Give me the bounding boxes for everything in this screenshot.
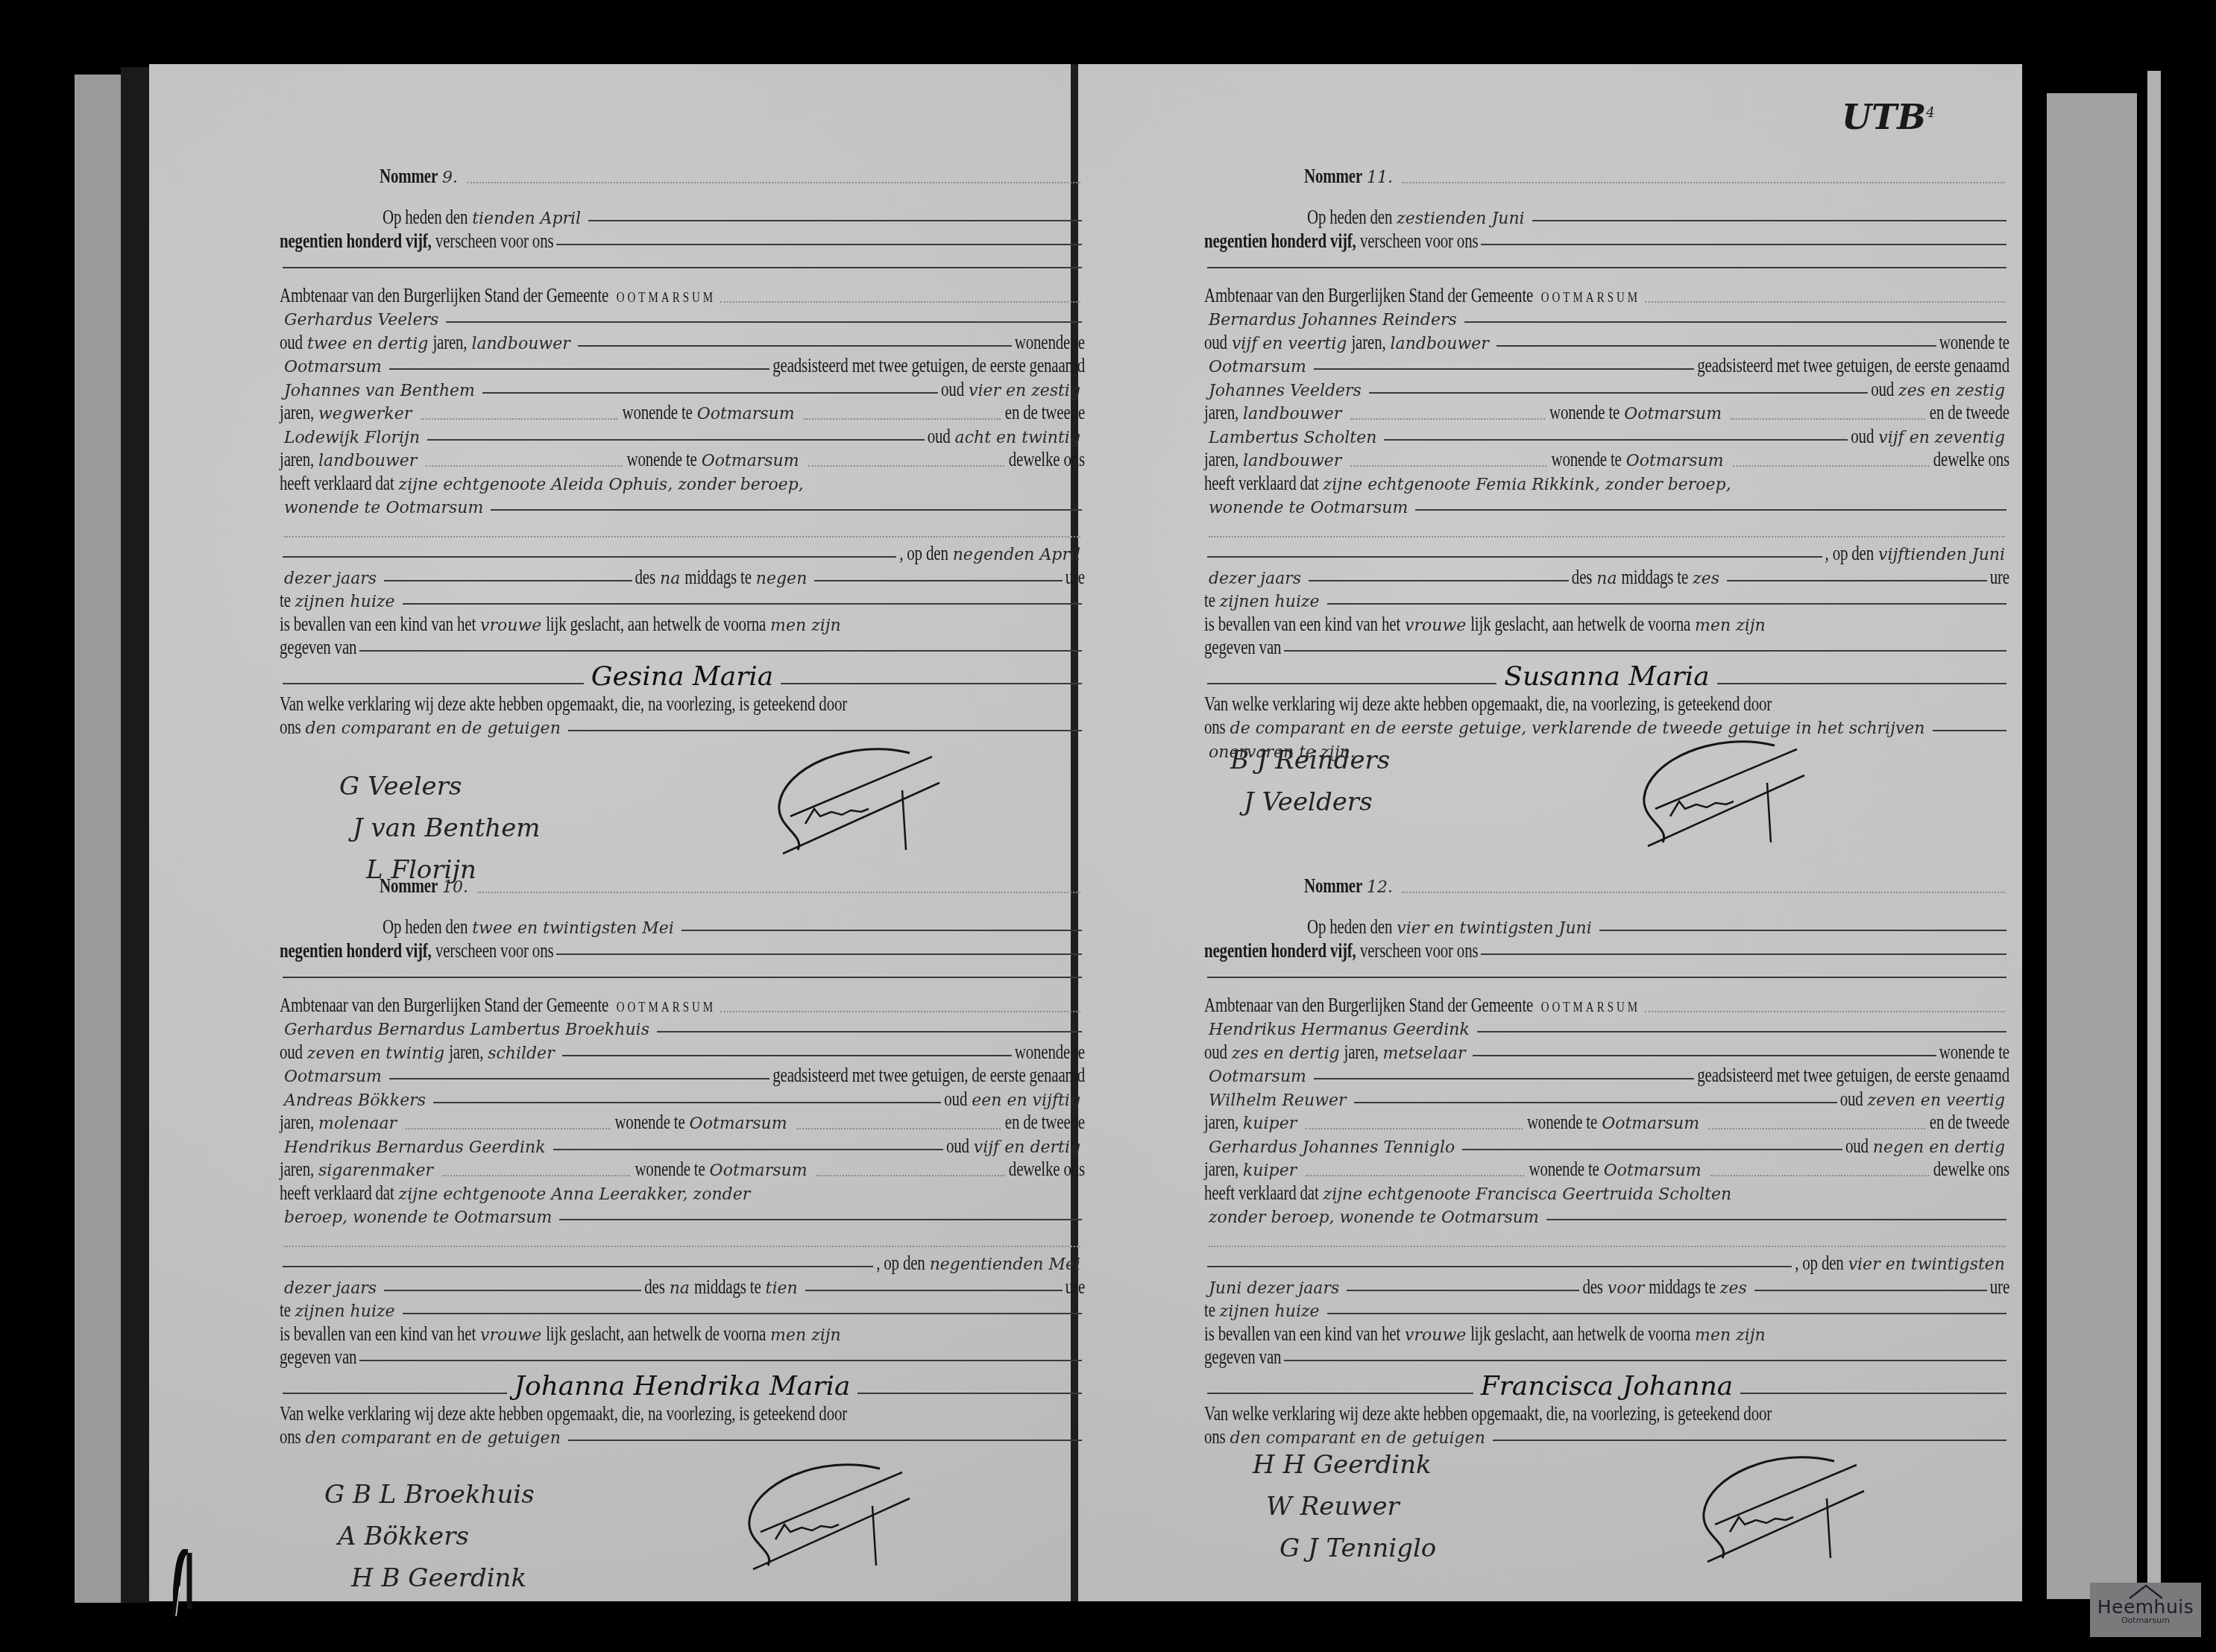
hw-father: Hendrikus Hermanus Geerdink (1209, 1022, 1470, 1038)
official-signature-mark (1625, 738, 1819, 850)
registration-date-line: Op heden dentwee en twintigsten Mei (332, 914, 1085, 938)
hw-father-occupation: schilder (488, 1046, 554, 1062)
printed-verscheen: verscheen voor ons (435, 941, 554, 960)
printed-heeft-verklaard: heeft verklaard dat (1204, 1183, 1319, 1202)
hw-declaration-2: wonende te Ootmarsum (1209, 500, 1408, 517)
father-residence-line: Ootmarsumgeadsisteerd met twee getuigen,… (280, 1062, 1085, 1086)
hw-signed-by: den comparant en de getuigen (1230, 1431, 1485, 1447)
witness1-details-line: jaren,landbouwerwonende teOotmarsumen de… (1204, 400, 2009, 423)
birth-time-line: Juni dezer jaarsdesvoormiddags tezesure (1204, 1273, 2009, 1297)
declaration-line: heeft verklaard datzijne echtgenoote Fem… (1204, 470, 2009, 494)
hw-witness1-age: vier en zestig (969, 383, 1080, 400)
folio-mark: UTB4 (1842, 97, 1935, 137)
official-line: Ambtenaar van den Burgerlijken Stand der… (280, 991, 1085, 1015)
printed-op-den: , op den (876, 1254, 925, 1273)
printed-ambtenaar: Ambtenaar van den Burgerlijken Stand der… (1204, 995, 1533, 1015)
printed-ambtenaar: Ambtenaar van den Burgerlijken Stand der… (280, 995, 608, 1015)
closing-line: Van welke verklaring wij deze akte hebbe… (280, 690, 1085, 714)
printed-jaren-comma: jaren, (432, 332, 467, 352)
hw-child-name: Gesina Maria (591, 663, 774, 690)
closing-line: Van welke verklaring wij deze akte hebbe… (280, 1400, 1085, 1424)
signature: G J Tenniglo (1279, 1533, 1436, 1563)
hw-witness2-age: vijf en dertig (974, 1140, 1080, 1156)
printed-te: te (1204, 591, 1215, 611)
hw-witness2-age: vijf en zeventig (1878, 430, 2005, 447)
year-line: negentien honderd vijf, verscheen voor o… (1204, 227, 2009, 251)
signature: G B L Broekhuis (324, 1480, 535, 1510)
printed-heeft-verklaard: heeft verklaard dat (280, 473, 394, 493)
hw-birth-date: negentienden Mei (930, 1257, 1080, 1273)
printed-middags-te: middags te (1649, 1277, 1716, 1296)
father-age-line: oudvijf en veertigjaren,landbouwerwonend… (1204, 329, 2009, 353)
given-names-label-line: gegeven van (280, 634, 1085, 658)
registrar-signature (761, 745, 954, 857)
hw-witness1-residence: Ootmarsum (1602, 1116, 1699, 1132)
printed-oud: oud (1204, 332, 1227, 352)
page-clip-icon (173, 1549, 192, 1620)
hw-birth-date: vier en twintigsten (1848, 1257, 2005, 1273)
registrar-signature (1625, 738, 1819, 850)
official-line: Ambtenaar van den Burgerlijken Stand der… (1204, 991, 2009, 1015)
witness1-details-line: jaren,molenaarwonende teOotmarsumen de t… (280, 1109, 1085, 1133)
signature: J Veelders (1244, 787, 1390, 817)
witness2-line: Lambertus Scholtenoudvijf en zeventig (1204, 423, 2009, 447)
printed-dewelke-ons: dewelke ons (1009, 1160, 1085, 1179)
year-line: negentien honderd vijf, verscheen voor o… (280, 937, 1085, 961)
printed-wonende-te: wonende te (1527, 1113, 1597, 1132)
heemhuis-watermark-logo: Heemhuis Ootmarsum (2090, 1583, 2201, 1637)
printed-year-bold: negentien honderd vijf, (280, 941, 432, 960)
printed-year-bold: negentien honderd vijf, (280, 231, 432, 250)
hw-number: 12. (1367, 880, 1393, 896)
birth-date-line: , op denvijftienden Juni (1204, 540, 2009, 564)
signature: J van Benthem (353, 813, 541, 843)
hw-father-occupation: landbouwer (471, 336, 570, 353)
hw-witness2: Lambertus Scholten (1209, 430, 1376, 447)
declaration-line-2: wonende te Ootmarsum (280, 494, 1085, 517)
official-line: Ambtenaar van den Burgerlijken Stand der… (280, 282, 1085, 306)
hw-registration-date: vier en twintigsten Juni (1397, 921, 1592, 937)
printed-oud: oud (1845, 1136, 1869, 1156)
hw-witness2-occupation: kuiper (1243, 1163, 1297, 1179)
printed-is-bevallen: is bevallen van een kind van het (1204, 614, 1400, 634)
hw-witness2-age: negen en dertig (1873, 1140, 2005, 1156)
party-signatures: H H GeerdinkW ReuwerG J Tenniglo (1253, 1450, 1436, 1575)
hw-place: zijnen huize (1220, 1304, 1320, 1320)
hw-voorna-suffix: men zijn (770, 1328, 841, 1344)
printed-jaren-comma: jaren, (1344, 1042, 1379, 1062)
printed-op-heden-den: Op heden den (1307, 918, 1392, 937)
hw-witness1-residence: Ootmarsum (1624, 406, 1722, 423)
registrar-signature (1685, 1454, 1879, 1566)
hw-witness2-occupation: landbouwer (1243, 453, 1341, 470)
declaration-line: heeft verklaard datzijne echtgenoote Ann… (280, 1179, 1085, 1203)
hw-sex: vrouwe (1405, 618, 1466, 634)
hw-birth-hour: zes (1693, 571, 1719, 587)
birth-place-line: tezijnen huize (280, 587, 1085, 611)
struck-blank-line (280, 1226, 1085, 1250)
printed-oud: oud (928, 426, 951, 446)
hw-father-residence: Ootmarsum (1209, 359, 1306, 376)
official-signature-mark (731, 1461, 925, 1573)
child-name-line: Susanna Maria (1204, 658, 2009, 690)
printed-lijk-geslacht: lijk geslacht, aan hetwelk de voorna (546, 1324, 766, 1343)
hw-father-occupation: landbouwer (1391, 336, 1489, 353)
witness2-line: Hendrikus Bernardus Geerdinkoudvijf en d… (280, 1132, 1085, 1156)
printed-en-de-tweede: en de tweede (1930, 1113, 2009, 1132)
hw-sex: vrouwe (480, 1328, 541, 1344)
hw-registration-date: zestienden Juni (1397, 211, 1524, 227)
printed-ure: ure (1065, 1277, 1085, 1296)
printed-middags-te: middags te (694, 1277, 761, 1296)
signed-by-line: onsden comparant en de getuigen (280, 1424, 1085, 1448)
birth-time-line: dezer jaarsdesnamiddags tezesure (1204, 564, 2009, 587)
printed-ons: ons (1204, 1428, 1226, 1447)
printed-is-bevallen: is bevallen van een kind van het (1204, 1324, 1400, 1343)
sex-line: is bevallen van een kind van hetvrouweli… (1204, 611, 2009, 634)
printed-te: te (280, 1301, 291, 1320)
birth-place-line: tezijnen huize (280, 1297, 1085, 1321)
hw-signed-by: de comparant en de eerste getuige, verkl… (1230, 721, 1925, 737)
printed-op-den: , op den (1795, 1254, 1843, 1273)
hw-signed-by: den comparant en de getuigen (306, 1431, 561, 1447)
hw-witness1: Johannes van Benthem (284, 383, 475, 400)
printed-verscheen: verscheen voor ons (435, 231, 554, 250)
printed-op-den: , op den (1825, 544, 1874, 564)
printed-wonende-te: wonende te (1551, 450, 1621, 470)
hw-birth-year: dezer jaars (1209, 571, 1301, 587)
birth-record-9: Nommer9. Op heden dentienden April negen… (332, 163, 1085, 761)
hw-witness1-residence: Ootmarsum (697, 406, 795, 423)
signature: A Bökkers (338, 1522, 535, 1551)
signed-by-line-2 (280, 1447, 1085, 1471)
hw-father: Bernardus Johannes Reinders (1209, 312, 1457, 329)
printed-gegeven-van: gegeven van (280, 638, 356, 658)
hw-declaration-1: zijne echtgenoote Femia Rikkink, zonder … (1323, 477, 1731, 494)
signed-by-line-2 (280, 737, 1085, 761)
sex-line: is bevallen van een kind van hetvrouweli… (1204, 1320, 2009, 1344)
printed-jaren: jaren, (1204, 1113, 1238, 1132)
sex-line: is bevallen van een kind van hetvrouweli… (280, 1320, 1085, 1344)
sex-line: is bevallen van een kind van hetvrouweli… (280, 611, 1085, 634)
official-line: Ambtenaar van den Burgerlijken Stand der… (1204, 282, 2009, 306)
hw-witness2-residence: Ootmarsum (710, 1163, 808, 1179)
child-name-line: Johanna Hendrika Maria (280, 1367, 1085, 1400)
birth-date-line: , op dennegentienden Mei (280, 1250, 1085, 1274)
hw-witness2-residence: Ootmarsum (702, 453, 799, 470)
hw-father-age: vijf en veertig (1232, 336, 1347, 353)
hw-witness1-occupation: kuiper (1243, 1116, 1297, 1132)
father-residence-line: Ootmarsumgeadsisteerd met twee getuigen,… (1204, 1062, 2009, 1086)
declaration-line-2: zonder beroep, wonende te Ootmarsum (1204, 1203, 2009, 1227)
printed-gegeven-van: gegeven van (280, 1348, 356, 1367)
declaration-line: heeft verklaard datzijne echtgenoote Fra… (1204, 1179, 2009, 1203)
printed-des: des (644, 1277, 664, 1296)
printed-jaren: jaren, (1204, 403, 1238, 423)
year-line: negentien honderd vijf, verscheen voor o… (1204, 937, 2009, 961)
hw-birth-year: dezer jaars (284, 571, 377, 587)
declaration-line-2: wonende te Ootmarsum (1204, 494, 2009, 517)
birth-place-line: tezijnen huize (1204, 587, 2009, 611)
hw-father: Gerhardus Veelers (284, 312, 438, 329)
printed-jaren-comma: jaren, (449, 1042, 483, 1062)
given-names-label-line: gegeven van (1204, 1344, 2009, 1368)
signed-by-line: onsden comparant en de getuigen (280, 714, 1085, 738)
printed-oud: oud (941, 379, 964, 399)
printed-oud: oud (1851, 426, 1874, 446)
printed-van-welke: Van welke verklaring wij deze akte hebbe… (1204, 694, 1772, 713)
printed-jaren: jaren, (1204, 450, 1238, 470)
printed-van-welke: Van welke verklaring wij deze akte hebbe… (1204, 1404, 1772, 1423)
father-residence-line: Ootmarsumgeadsisteerd met twee getuigen,… (280, 353, 1085, 376)
printed-wonende-te: wonende te (1529, 1160, 1599, 1179)
birth-record-10: Nommer10. Op heden dentwee en twintigste… (332, 872, 1085, 1471)
father-age-line: oudzes en dertigjaren,metselaarwonende t… (1204, 1038, 2009, 1062)
hw-time-of-day: na (670, 1281, 690, 1297)
printed-lijk-geslacht: lijk geslacht, aan hetwelk de voorna (1470, 614, 1690, 634)
hw-father: Gerhardus Bernardus Lambertus Broekhuis (284, 1022, 649, 1038)
printed-ure: ure (1065, 567, 1085, 587)
witness2-details-line: jaren,landbouwerwonende teOotmarsumdewel… (1204, 447, 2009, 470)
witness2-line: Lodewijk Florijnoudacht en twintig (280, 423, 1085, 447)
printed-ambtenaar: Ambtenaar van den Burgerlijken Stand der… (280, 286, 608, 305)
registration-date-line: Op heden denvier en twintigsten Juni (1256, 914, 2009, 938)
printed-gegeven-van: gegeven van (1204, 638, 1281, 658)
printed-wonende-te: wonende te (626, 450, 696, 470)
struck-blank-line (1204, 517, 2009, 540)
signature: H H Geerdink (1253, 1450, 1436, 1480)
printed-wonende-te: wonende te (1939, 1042, 2009, 1062)
hw-father-age: zeven en twintig (307, 1046, 444, 1062)
hw-father-residence: Ootmarsum (284, 1069, 382, 1085)
hw-witness2-occupation: sigarenmaker (318, 1163, 433, 1179)
declaration-line-2: beroep, wonende te Ootmarsum (280, 1203, 1085, 1227)
witness1-details-line: jaren,wegwerkerwonende teOotmarsumen de … (280, 400, 1085, 423)
registration-date-line: Op heden dentienden April (332, 204, 1085, 228)
printed-nommer: Nommer (380, 166, 438, 186)
party-signatures: G B L BroekhuisA BökkersH B Geerdink (324, 1480, 535, 1605)
printed-middags-te: middags te (1622, 567, 1689, 587)
signed-by-line: onsden comparant en de getuigen (1204, 1424, 2009, 1448)
hw-declaration-1: zijne echtgenoote Francisca Geertruida S… (1323, 1187, 1732, 1203)
blank-line (1204, 251, 2009, 275)
witness1-details-line: jaren,kuiperwonende teOotmarsumen de twe… (1204, 1109, 2009, 1133)
printed-middags-te: middags te (684, 567, 752, 587)
hw-witness1-occupation: landbouwer (1243, 406, 1341, 423)
witness2-details-line: jaren,landbouwerwonende teOotmarsumdewel… (280, 447, 1085, 470)
birth-time-line: dezer jaarsdesnamiddags tetienure (280, 1273, 1085, 1297)
municipality-name: OOTMARSUM (1541, 291, 1641, 306)
printed-oud: oud (944, 1089, 967, 1109)
signature: G Veelers (339, 772, 541, 801)
record-number-line: Nommer9. (332, 163, 1085, 186)
printed-op-heden-den: Op heden den (383, 208, 468, 227)
witness1-line: Johannes van Benthemoudvier en zestig (280, 376, 1085, 400)
hw-declaration-1: zijne echtgenoote Anna Leerakker, zonder (399, 1187, 751, 1203)
printed-des: des (1582, 1277, 1602, 1296)
signature: H B Geerdink (351, 1563, 535, 1593)
printed-lijk-geslacht: lijk geslacht, aan hetwelk de voorna (546, 614, 766, 634)
given-names-label-line: gegeven van (1204, 634, 2009, 658)
printed-te: te (280, 591, 291, 611)
printed-jaren: jaren, (280, 403, 314, 423)
hw-declaration-2: beroep, wonende te Ootmarsum (284, 1210, 552, 1226)
printed-year-bold: negentien honderd vijf, (1204, 941, 1356, 960)
printed-ure: ure (1990, 1277, 2009, 1296)
printed-heeft-verklaard: heeft verklaard dat (1204, 473, 1319, 493)
printed-oud: oud (946, 1136, 969, 1156)
hw-time-of-day: voor (1608, 1281, 1644, 1297)
signature: W Reuwer (1266, 1492, 1436, 1522)
printed-ons: ons (280, 718, 301, 737)
watermark-name: Heemhuis (2090, 1599, 2201, 1615)
printed-ure: ure (1990, 567, 2009, 587)
municipality-name: OOTMARSUM (617, 1001, 717, 1015)
hw-witness1-age: zeven en veertig (1868, 1093, 2005, 1109)
printed-dewelke-ons: dewelke ons (1933, 450, 2009, 470)
hw-child-name: Susanna Maria (1504, 663, 1710, 690)
municipality-name: OOTMARSUM (617, 291, 717, 306)
printed-geadsisteerd: geadsisteerd met twee getuigen, de eerst… (772, 356, 1085, 376)
struck-blank-line (1204, 1226, 2009, 1250)
official-signature-mark (1685, 1454, 1879, 1566)
printed-oud: oud (280, 332, 303, 352)
hw-witness2-residence: Ootmarsum (1604, 1163, 1702, 1179)
hw-number: 11. (1367, 170, 1393, 186)
printed-nommer: Nommer (1304, 166, 1362, 186)
hw-witness1: Johannes Veelders (1209, 383, 1362, 400)
closing-line: Van welke verklaring wij deze akte hebbe… (1204, 690, 2009, 714)
registration-date-line: Op heden denzestienden Juni (1256, 204, 2009, 228)
hw-child-name: Johanna Hendrika Maria (514, 1373, 851, 1400)
hw-declaration-1: zijne echtgenoote Aleida Ophuis, zonder … (399, 477, 804, 494)
printed-wonende-te: wonende te (1939, 332, 2009, 352)
record-number-line: Nommer12. (1256, 872, 2009, 896)
hw-witness2: Hendrikus Bernardus Geerdink (284, 1140, 546, 1156)
hw-birth-year: Juni dezer jaars (1209, 1281, 1339, 1297)
father-age-line: oudzeven en twintigjaren,schilderwonende… (280, 1038, 1085, 1062)
witness1-line: Johannes Veeldersoudzes en zestig (1204, 376, 2009, 400)
printed-oud: oud (1204, 1042, 1227, 1062)
given-names-label-line: gegeven van (280, 1344, 1085, 1368)
witness2-line: Gerhardus Johannes Tenniglooudnegen en d… (1204, 1132, 2009, 1156)
printed-heeft-verklaard: heeft verklaard dat (280, 1183, 394, 1202)
printed-des: des (635, 567, 655, 587)
printed-van-welke: Van welke verklaring wij deze akte hebbe… (280, 1404, 847, 1423)
hw-voorna-suffix: men zijn (770, 618, 841, 634)
hw-number: 9. (442, 170, 458, 186)
hw-witness1-age: een en vijftig (972, 1093, 1080, 1109)
hw-sex: vrouwe (1405, 1328, 1466, 1344)
struck-blank-line (280, 517, 1085, 540)
printed-verscheen: verscheen voor ons (1360, 231, 1479, 250)
adjacent-page-edge-left (75, 75, 121, 1603)
printed-geadsisteerd: geadsisteerd met twee getuigen, de eerst… (1697, 356, 2009, 376)
hw-witness1: Wilhelm Reuwer (1209, 1093, 1347, 1109)
birth-place-line: tezijnen huize (1204, 1297, 2009, 1321)
hw-father-residence: Ootmarsum (284, 359, 382, 376)
printed-dewelke-ons: dewelke ons (1009, 450, 1085, 470)
witness1-line: Wilhelm Reuweroudzeven en veertig (1204, 1085, 2009, 1109)
hw-declaration-2: wonende te Ootmarsum (284, 500, 483, 517)
hw-witness2-age: acht en twintig (955, 430, 1080, 447)
hw-witness1-occupation: wegwerker (318, 406, 412, 423)
printed-jaren: jaren, (280, 1113, 314, 1132)
hw-father-age: zes en dertig (1232, 1046, 1340, 1062)
hw-time-of-day: na (1596, 571, 1617, 587)
declaration-line: heeft verklaard datzijne echtgenoote Ale… (280, 470, 1085, 494)
birth-record-11: Nommer11. Op heden denzestienden Juni ne… (1256, 163, 2009, 761)
printed-op-heden-den: Op heden den (1307, 208, 1392, 227)
hw-time-of-day: na (660, 571, 680, 587)
hw-birth-year: dezer jaars (284, 1281, 377, 1297)
year-line: negentien honderd vijf, verscheen voor o… (280, 227, 1085, 251)
witness2-details-line: jaren,sigarenmakerwonende teOotmarsumdew… (280, 1156, 1085, 1180)
printed-jaren: jaren, (280, 450, 314, 470)
hw-voorna-suffix: men zijn (1695, 618, 1766, 634)
blank-line (280, 961, 1085, 985)
record-number-line: Nommer11. (1256, 163, 2009, 186)
hw-witness1: Andreas Bökkers (284, 1093, 426, 1109)
printed-nommer: Nommer (380, 876, 438, 895)
hw-witness2-residence: Ootmarsum (1626, 453, 1724, 470)
printed-gegeven-van: gegeven van (1204, 1348, 1281, 1367)
birth-date-line: , op denvier en twintigsten (1204, 1250, 2009, 1274)
blank-line (1204, 961, 2009, 985)
hw-birth-hour: tien (766, 1281, 798, 1297)
printed-year-bold: negentien honderd vijf, (1204, 231, 1356, 250)
printed-wonende-te: wonende te (635, 1160, 705, 1179)
printed-oud: oud (1871, 379, 1894, 399)
printed-verscheen: verscheen voor ons (1360, 941, 1479, 960)
hw-witness1-age: zes en zestig (1898, 383, 2005, 400)
birth-time-line: dezer jaarsdesnamiddags tenegenure (280, 564, 1085, 587)
printed-is-bevallen: is bevallen van een kind van het (280, 1324, 476, 1343)
hw-number: 10. (442, 880, 468, 896)
record-number-line: Nommer10. (332, 872, 1085, 896)
father-name-line: Hendrikus Hermanus Geerdink (1204, 1015, 2009, 1039)
hw-place: zijnen huize (1220, 594, 1320, 611)
father-name-line: Bernardus Johannes Reinders (1204, 306, 2009, 330)
hw-witness2: Gerhardus Johannes Tenniglo (1209, 1140, 1455, 1156)
printed-van-welke: Van welke verklaring wij deze akte hebbe… (280, 694, 847, 713)
printed-en-de-tweede: en de tweede (1005, 1113, 1085, 1132)
hw-voorna-suffix: men zijn (1695, 1328, 1766, 1344)
printed-jaren: jaren, (280, 1160, 314, 1179)
printed-geadsisteerd: geadsisteerd met twee getuigen, de eerst… (1697, 1066, 2009, 1085)
printed-te: te (1204, 1301, 1215, 1320)
birth-date-line: , op dennegenden April (280, 540, 1085, 564)
printed-geadsisteerd: geadsisteerd met twee getuigen, de eerst… (772, 1066, 1085, 1085)
printed-dewelke-ons: dewelke ons (1933, 1160, 2009, 1179)
printed-wonende-te: wonende te (614, 1113, 684, 1132)
printed-en-de-tweede: en de tweede (1930, 403, 2009, 423)
printed-oud: oud (1840, 1089, 1863, 1109)
printed-wonende-te: wonende te (1015, 1042, 1085, 1062)
printed-is-bevallen: is bevallen van een kind van het (280, 614, 476, 634)
hw-registration-date: tienden April (472, 211, 581, 227)
child-name-line: Gesina Maria (280, 658, 1085, 690)
hw-birth-date: vijftienden Juni (1878, 547, 2005, 564)
father-name-line: Gerhardus Veelers (280, 306, 1085, 330)
printed-wonende-te: wonende te (1015, 332, 1085, 352)
printed-jaren-comma: jaren, (1351, 332, 1385, 352)
hw-child-name: Francisca Johanna (1481, 1373, 1734, 1400)
hw-witness2: Lodewijk Florijn (284, 430, 420, 447)
hw-sex: vrouwe (480, 618, 541, 634)
hw-place: zijnen huize (295, 594, 395, 611)
signed-by-line: onsde comparant en de eerste getuige, ve… (1204, 714, 2009, 738)
